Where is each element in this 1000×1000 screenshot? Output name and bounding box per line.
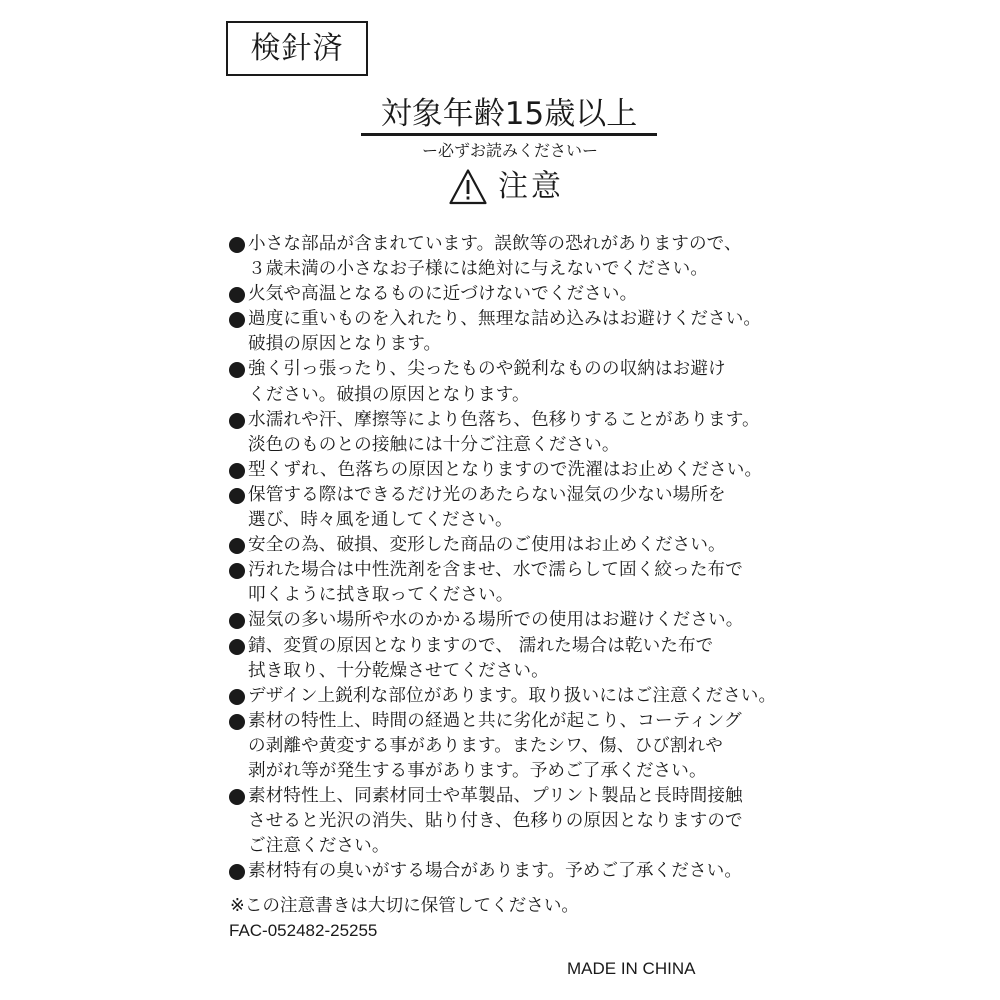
- caution-item: 安全の為、破損、変形した商品のご使用はお止めください。: [229, 533, 799, 558]
- bullet-icon: [229, 613, 245, 629]
- caution-text: 湿気の多い場所や水のかかる場所での使用はお避けください。: [248, 608, 799, 633]
- read-notice: ー必ずお読みくださいー: [400, 141, 620, 161]
- caution-item: 過度に重いものを入れたり、無理な詰め込みはお避けください。 破損の原因となります…: [229, 307, 799, 357]
- inspection-stamp-label: 検針済: [251, 34, 344, 64]
- bullet-icon: [229, 362, 245, 378]
- inspection-stamp: 検針済: [226, 21, 368, 76]
- caution-item: 小さな部品が含まれています。誤飲等の恐れがありますので、 ３歳未満の小さなお子様…: [229, 232, 799, 282]
- caution-item: 素材の特性上、時間の経過と共に劣化が起こり、コーティング の剥離や黄変する事があ…: [229, 709, 799, 784]
- bullet-icon: [229, 237, 245, 253]
- caution-text: 過度に重いものを入れたり、無理な詰め込みはお避けください。: [248, 307, 799, 332]
- caution-text: 破損の原因となります。: [248, 332, 799, 357]
- age-rating-heading: 対象年齢15歳以上: [361, 96, 657, 132]
- caution-text: 保管する際はできるだけ光のあたらない湿気の少ない場所を: [248, 483, 799, 508]
- caution-text: 選び、時々風を通してください。: [248, 508, 799, 533]
- caution-text: 素材の特性上、時間の経過と共に劣化が起こり、コーティング: [248, 709, 799, 734]
- caution-text: ３歳未満の小さなお子様には絶対に与えないでください。: [248, 257, 799, 282]
- caution-heading: 注意: [448, 166, 564, 208]
- caution-item: 素材特性上、同素材同士や革製品、プリント製品と長時間接触 させると光沢の消失、貼…: [229, 784, 799, 859]
- caution-item: 型くずれ、色落ちの原因となりますので洗濯はお止めください。: [229, 458, 799, 483]
- bullet-icon: [229, 312, 245, 328]
- bullet-icon: [229, 413, 245, 429]
- caution-item: 汚れた場合は中性洗剤を含ませ、水で濡らして固く絞った布で 叩くように拭き取ってく…: [229, 558, 799, 608]
- caution-item: 水濡れや汗、摩擦等により色落ち、色移りすることがあります。 淡色のものとの接触に…: [229, 408, 799, 458]
- bullet-icon: [229, 689, 245, 705]
- caution-text: 素材特有の臭いがする場合があります。予めご了承ください。: [248, 859, 799, 884]
- caution-text: 安全の為、破損、変形した商品のご使用はお止めください。: [248, 533, 799, 558]
- caution-list: 小さな部品が含まれています。誤飲等の恐れがありますので、 ３歳未満の小さなお子様…: [229, 232, 799, 884]
- country-of-origin: MADE IN CHINA: [567, 957, 695, 981]
- caution-text: 淡色のものとの接触には十分ご注意ください。: [248, 433, 799, 458]
- heading-underline: [361, 133, 657, 136]
- bullet-icon: [229, 287, 245, 303]
- bullet-icon: [229, 714, 245, 730]
- caution-text: 型くずれ、色落ちの原因となりますので洗濯はお止めください。: [248, 458, 799, 483]
- bullet-icon: [229, 639, 245, 655]
- caution-text: 小さな部品が含まれています。誤飲等の恐れがありますので、: [248, 232, 799, 257]
- caution-title: 注意: [498, 167, 564, 207]
- caution-text: 叩くように拭き取ってください。: [248, 583, 799, 608]
- caution-item: 強く引っ張ったり、尖ったものや鋭利なものの収納はお避け ください。破損の原因とな…: [229, 357, 799, 407]
- caution-text: 剥がれ等が発生する事があります。予めご了承ください。: [248, 759, 799, 784]
- caution-text: デザイン上鋭利な部位があります。取り扱いにはご注意ください。: [248, 684, 799, 709]
- caution-text: 火気や高温となるものに近づけないでください。: [248, 282, 799, 307]
- keep-notice: ※この注意書きは大切に保管してください。: [230, 894, 579, 919]
- warning-triangle-icon: [448, 168, 488, 206]
- caution-text: 錆、変質の原因となりますので、 濡れた場合は乾いた布で: [248, 634, 799, 659]
- caution-item: 湿気の多い場所や水のかかる場所での使用はお避けください。: [229, 608, 799, 633]
- caution-text: 拭き取り、十分乾燥させてください。: [248, 659, 799, 684]
- caution-item: 素材特有の臭いがする場合があります。予めご了承ください。: [229, 859, 799, 884]
- caution-text: の剥離や黄変する事があります。またシワ、傷、ひび割れや: [248, 734, 799, 759]
- bullet-icon: [229, 864, 245, 880]
- caution-text: させると光沢の消失、貼り付き、色移りの原因となりますので: [248, 809, 799, 834]
- bullet-icon: [229, 538, 245, 554]
- bullet-icon: [229, 563, 245, 579]
- bullet-icon: [229, 488, 245, 504]
- bullet-icon: [229, 463, 245, 479]
- caution-text: ください。破損の原因となります。: [248, 383, 799, 408]
- product-code: FAC-052482-25255: [229, 918, 377, 943]
- bullet-icon: [229, 789, 245, 805]
- caution-text: 素材特性上、同素材同士や革製品、プリント製品と長時間接触: [248, 784, 799, 809]
- caution-text: 水濡れや汗、摩擦等により色落ち、色移りすることがあります。: [248, 408, 799, 433]
- caution-item: デザイン上鋭利な部位があります。取り扱いにはご注意ください。: [229, 684, 799, 709]
- caution-text: 強く引っ張ったり、尖ったものや鋭利なものの収納はお避け: [248, 357, 799, 382]
- caution-item: 錆、変質の原因となりますので、 濡れた場合は乾いた布で 拭き取り、十分乾燥させて…: [229, 634, 799, 684]
- caution-text: ご注意ください。: [248, 834, 799, 859]
- caution-item: 火気や高温となるものに近づけないでください。: [229, 282, 799, 307]
- caution-text: 汚れた場合は中性洗剤を含ませ、水で濡らして固く絞った布で: [248, 558, 799, 583]
- caution-item: 保管する際はできるだけ光のあたらない湿気の少ない場所を 選び、時々風を通してくだ…: [229, 483, 799, 533]
